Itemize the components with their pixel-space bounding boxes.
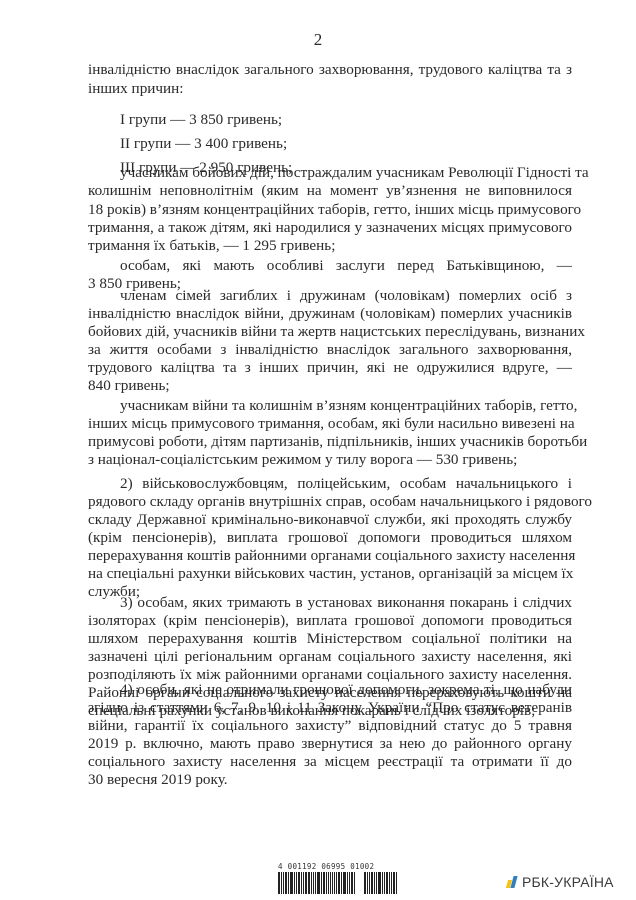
watermark-text: РБК-УКРАЇНА (522, 874, 614, 890)
barcode-bar (354, 872, 355, 894)
watermark-logo: РБК-УКРАЇНА (506, 874, 614, 890)
barcode-bar (376, 872, 377, 894)
barcode-bars (278, 872, 398, 894)
barcode-bar (367, 872, 368, 894)
groups-line: I групи — 3 850 гривень; (120, 111, 282, 129)
barcode-bar (336, 872, 337, 894)
families-line: членам сімей загиблих і дружинам (чолові… (120, 287, 572, 305)
barcode-bar (382, 872, 383, 894)
families-line: трудового каліцтва та з інших причин, як… (88, 359, 572, 377)
barcode-bar (317, 872, 320, 894)
item2-line: рядового складу органів внутрішніх справ… (88, 493, 572, 511)
barcode-bar (288, 872, 289, 894)
barcode-bar (378, 872, 381, 894)
barcode-bar (301, 872, 302, 894)
barcode-bar (360, 872, 363, 894)
combatants-line: тримання їх батьків, — 1 295 гривень; (88, 237, 572, 255)
item4-line: соціального захисту населення за місцем … (88, 753, 572, 771)
war-participants-line: учасникам війни та колишнім в’язням конц… (120, 397, 572, 415)
barcode-bar (290, 872, 293, 894)
item2-line: (крім пенсіонерів), виплата грошової доп… (88, 529, 572, 547)
barcode-bar (347, 872, 348, 894)
item4-line: 2019 р. включно, мають право звернутися … (88, 735, 572, 753)
special-merits-line: особам, які мають особливі заслуги перед… (120, 257, 572, 275)
barcode-bar (396, 872, 397, 894)
barcode-bar (334, 872, 335, 894)
barcode-bar (315, 872, 316, 894)
item3-line: 3) особам, яких тримають в установах вик… (120, 594, 572, 612)
page-number: 2 (0, 30, 636, 50)
barcode-bar (364, 872, 366, 894)
barcode: 4 001192 06995 01002 (278, 862, 398, 898)
families-line: за життя особами з інвалідністю внаслідо… (88, 341, 572, 359)
families-line: бойових дій, учасників війни та жертв на… (88, 323, 572, 341)
barcode-bar (386, 872, 388, 894)
barcode-bar (278, 872, 280, 894)
families-line: 840 гривень; (88, 377, 572, 395)
barcode-bar (393, 872, 395, 894)
item2-line: на спеціальні рахунки військових частин,… (88, 565, 572, 583)
barcode-bar (283, 872, 284, 894)
combatants-line: тримання, а також дітям, які народилися … (88, 219, 572, 237)
barcode-bar (321, 872, 322, 894)
intro-line: інвалідністю внаслідок загального захвор… (88, 61, 572, 79)
item2-line: складу Державної кримінально-виконавчої … (88, 511, 572, 529)
item4-line: згідно із статтями 6, 7, 9, 10 і 11 Зако… (88, 699, 572, 717)
barcode-bar (296, 872, 297, 894)
item3-line: шляхом перерахування коштів Міністерство… (88, 630, 572, 648)
item4-line: 4) особи, які не отримали грошової допом… (120, 681, 572, 699)
item2-line: перерахування коштів районними органами … (88, 547, 572, 565)
barcode-bar (281, 872, 282, 894)
barcode-bar (298, 872, 300, 894)
barcode-bar (384, 872, 385, 894)
item4-line: 30 вересня 2019 року. (88, 771, 572, 789)
families-line: інвалідністю внаслідок війни, дружинам (… (88, 305, 572, 323)
barcode-bar (391, 872, 392, 894)
rbk-logo-icon (506, 876, 518, 888)
war-participants-line: примусові роботи, дітям партизанів, підп… (88, 433, 572, 451)
barcode-bar (303, 872, 304, 894)
item4-line: війни, гарантії їх соціального захисту” … (88, 717, 572, 735)
item3-line: ізоляторах (крім пенсіонерів), виплата г… (88, 612, 572, 630)
item2-line: 2) військовослужбовцям, поліцейським, ос… (120, 475, 572, 493)
barcode-bar (371, 872, 373, 894)
combatants-line: 18 років) в’язням концентраційних таборі… (88, 201, 572, 219)
barcode-bar (338, 872, 340, 894)
item3-line: зазначені цілі регіональним органам соці… (88, 648, 572, 666)
barcode-bar (343, 872, 346, 894)
war-participants-line: з націонал-соціалістським режимом у тилу… (88, 451, 572, 469)
barcode-bar (328, 872, 329, 894)
barcode-bar (305, 872, 307, 894)
intro-line: інших причин: (88, 80, 572, 98)
barcode-bar (351, 872, 353, 894)
barcode-bar (374, 872, 375, 894)
barcode-bar (285, 872, 287, 894)
groups-line: II групи — 3 400 гривень; (120, 135, 287, 153)
barcode-bar (326, 872, 327, 894)
barcode-bar (389, 872, 390, 894)
barcode-bar (332, 872, 333, 894)
barcode-bar (349, 872, 350, 894)
combatants-line: колишнім неповнолітнім (яким на момент у… (88, 182, 572, 200)
combatants-line: учасникам бойових дій, постраждалим учас… (120, 164, 572, 182)
barcode-bar (369, 872, 370, 894)
barcode-bar (308, 872, 310, 894)
barcode-bar (330, 872, 332, 894)
barcode-bar (294, 872, 295, 894)
barcode-bar (311, 872, 312, 894)
barcode-bar (313, 872, 314, 894)
barcode-bar (341, 872, 342, 894)
barcode-bar (356, 872, 359, 894)
barcode-bar (323, 872, 325, 894)
barcode-number: 4 001192 06995 01002 (278, 862, 398, 871)
war-participants-line: інших місць примусового тримання, особам… (88, 415, 572, 433)
